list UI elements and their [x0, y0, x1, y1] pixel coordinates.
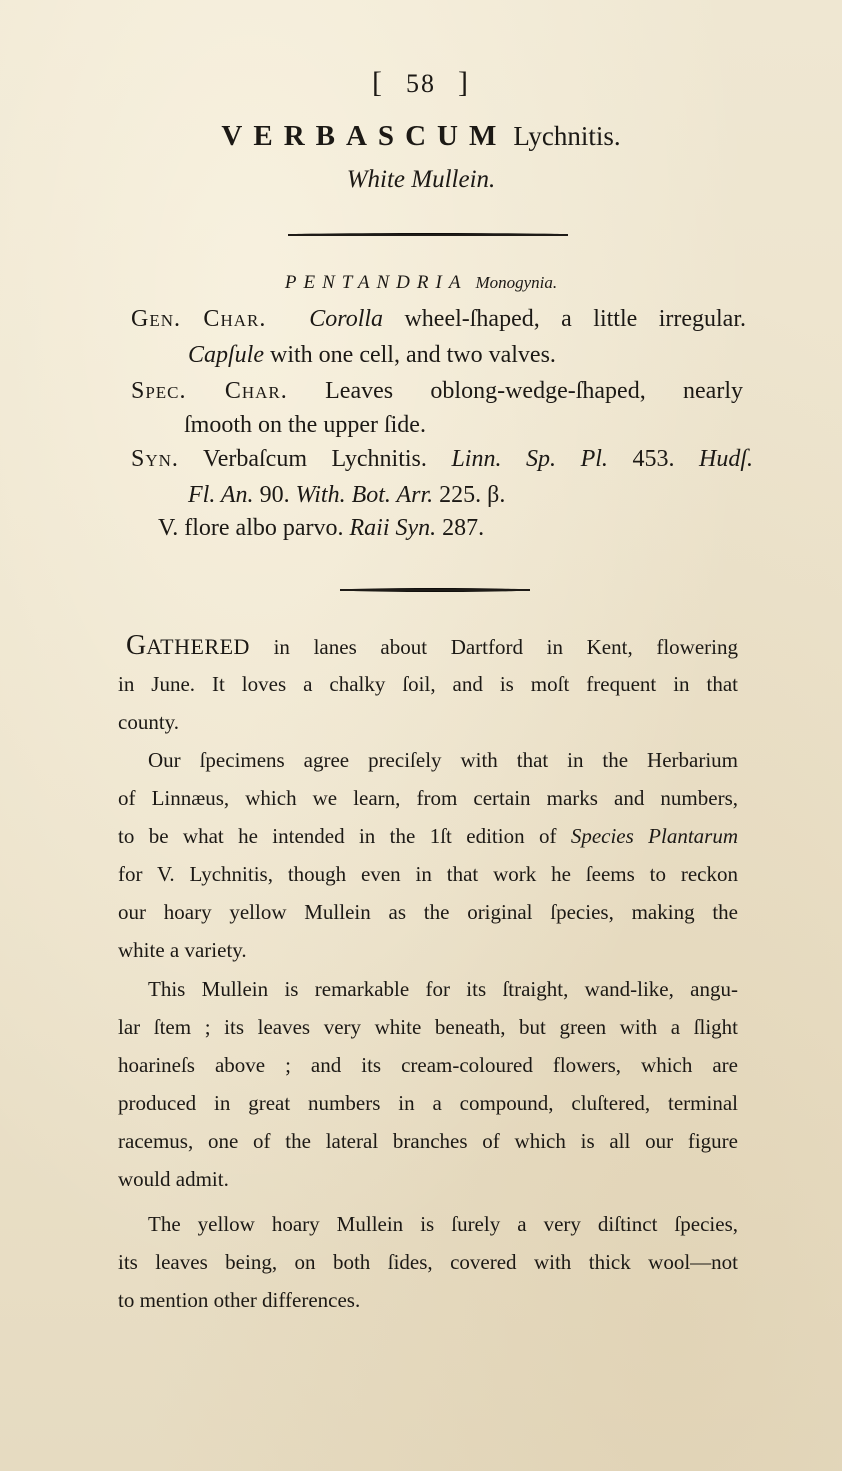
syn-label: Syn.: [131, 446, 179, 472]
bracket-close: ]: [458, 66, 470, 100]
species-title: VERBASCUMLychnitis.: [0, 120, 842, 153]
paragraph-specimens: Our ſpecimens agree preciſely with that …: [118, 741, 738, 969]
synonymy-line-3: V. flore albo parvo. Raii Syn. 287.: [158, 515, 484, 542]
page-number: [58]: [0, 66, 842, 100]
species-name: Lychnitis.: [513, 121, 620, 151]
synonymy-line-1: Syn. Verbaſcum Lychnitis. Linn. Sp. Pl. …: [131, 446, 753, 473]
order-name: Monogynia.: [475, 273, 557, 292]
ornamental-rule-top: [288, 233, 568, 236]
generic-character-line-1: Gen. Char. Corolla wheel-ſhaped, a littl…: [131, 306, 746, 333]
specific-character-line-2: ſmooth on the upper ſide.: [184, 412, 426, 439]
class-name: PENTANDRIA: [285, 272, 468, 293]
linnaean-classification: PENTANDRIAMonogynia.: [0, 272, 842, 294]
paragraph-description: This Mullein is remarkable for its ſtrai…: [118, 970, 738, 1198]
paragraph-habitat: GATHERED in lanes about Dartford in Kent…: [118, 627, 738, 741]
book-page: [58] VERBASCUMLychnitis. White Mullein. …: [0, 0, 842, 1471]
bracket-open: [: [372, 66, 384, 100]
gen-char-label: Gen. Char.: [131, 306, 266, 332]
spec-char-label: Spec. Char.: [131, 378, 288, 404]
drop-cap: G: [126, 630, 146, 661]
page-number-value: 58: [406, 69, 436, 98]
genus-name: VERBASCUM: [221, 120, 507, 152]
ornamental-rule-middle: [340, 588, 530, 592]
generic-character-line-2: Capſule with one cell, and two valves.: [188, 342, 556, 369]
synonymy-line-2: Fl. An. 90. With. Bot. Arr. 225. β.: [188, 482, 505, 509]
common-name: White Mullein.: [0, 166, 842, 194]
specific-character-line-1: Spec. Char. Leaves oblong-wedge-ſhaped, …: [131, 378, 743, 405]
paragraph-comparison: The yellow hoary Mullein is ſurely a ver…: [118, 1205, 738, 1319]
